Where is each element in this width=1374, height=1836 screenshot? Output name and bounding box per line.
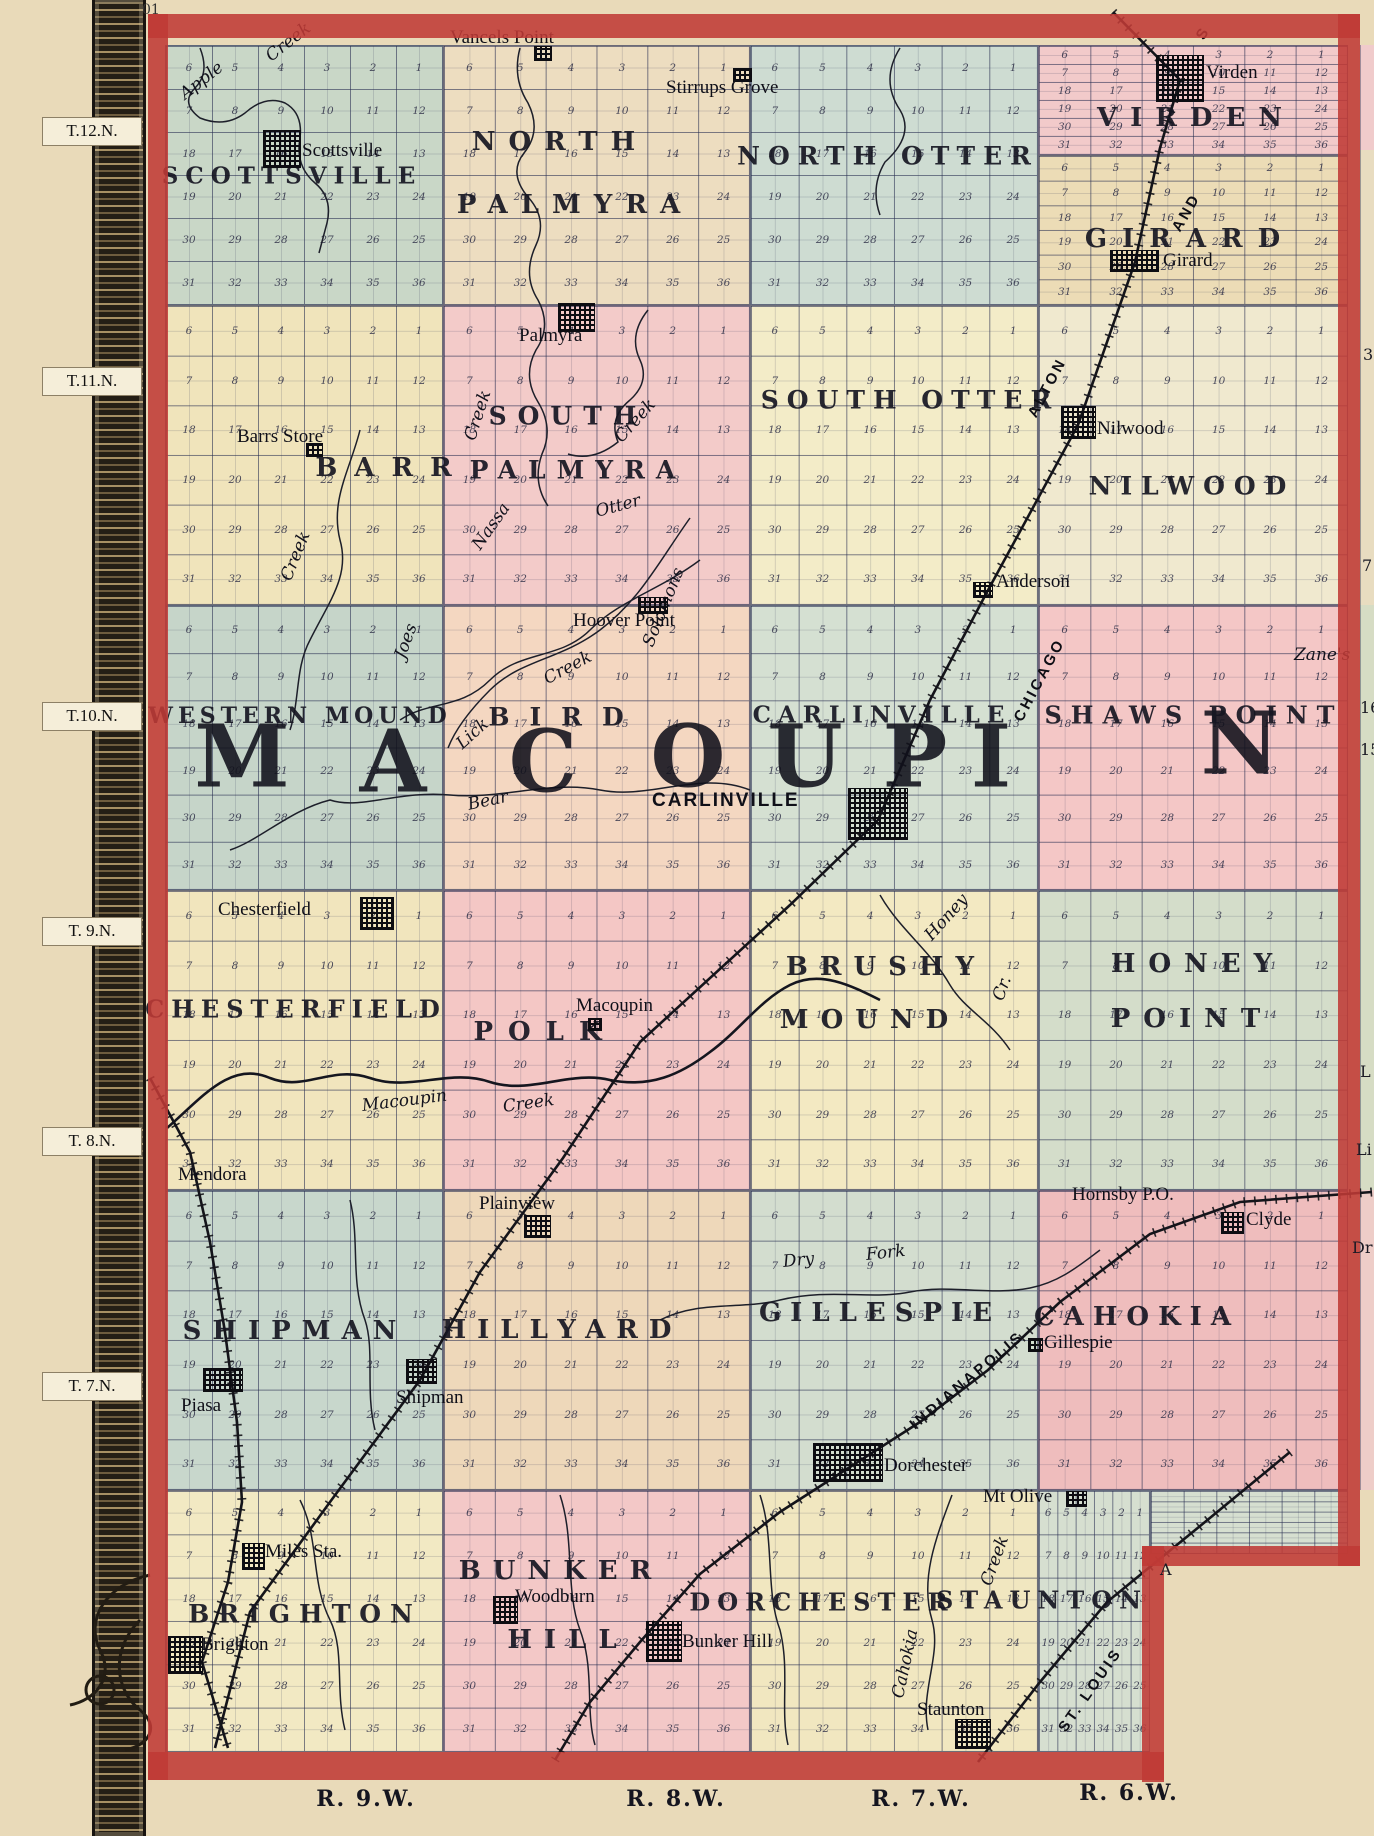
section-number: 6: [466, 62, 473, 74]
section-number: 17: [1109, 85, 1122, 97]
town-label-chesterfield: Chesterfield: [218, 899, 311, 921]
town-marker-piasa: [203, 1368, 243, 1392]
section-number: 34: [320, 1158, 333, 1170]
township-chesterfield: 6543217891011121817161514131920212223243…: [165, 890, 443, 1190]
county-boundary-right-upper: [1338, 14, 1360, 1566]
section-number: 32: [514, 573, 527, 585]
section-number: 25: [1006, 524, 1019, 536]
section-number: 28: [274, 1680, 287, 1692]
section-number: 9: [867, 1550, 874, 1562]
section-number: 5: [517, 62, 524, 74]
section-number: 8: [232, 671, 239, 683]
section-grid: [1151, 1491, 1347, 1553]
section-number: 35: [1263, 286, 1276, 298]
section-number: 6: [186, 624, 193, 636]
section-number: 25: [1006, 1409, 1019, 1421]
section-number: 30: [1041, 1680, 1054, 1692]
section-number: 6: [466, 325, 473, 337]
section-number: 27: [911, 812, 924, 824]
section-number: 23: [366, 191, 379, 203]
section-number: 2: [370, 62, 377, 74]
section-number: 31: [463, 1723, 476, 1735]
section-number: 24: [412, 1059, 425, 1071]
section-number: 2: [370, 1507, 377, 1519]
section-number: 33: [564, 277, 577, 289]
section-number: 12: [1315, 1260, 1328, 1272]
section-number: 14: [666, 424, 679, 436]
section-number: 25: [1315, 121, 1328, 133]
section-number: 25: [717, 234, 730, 246]
section-number: 32: [1109, 1158, 1122, 1170]
township-label-south-palmyra: PALMYRA: [470, 456, 687, 485]
section-number: 2: [1267, 910, 1274, 922]
section-number: 2: [669, 62, 676, 74]
section-number: 14: [959, 1009, 972, 1021]
section-number: 22: [911, 1359, 924, 1371]
section-number: 8: [819, 671, 826, 683]
section-number: 23: [959, 1059, 972, 1071]
section-number: 8: [819, 1260, 826, 1272]
section-number: 18: [463, 1593, 476, 1605]
section-number: 31: [1058, 1158, 1071, 1170]
section-number: 26: [959, 1109, 972, 1121]
section-number: 29: [1109, 1409, 1122, 1421]
section-number: 34: [1212, 1158, 1225, 1170]
section-number: 23: [666, 1059, 679, 1071]
town-label-piasa: Piasa: [181, 1395, 221, 1417]
section-number: 25: [1315, 524, 1328, 536]
section-number: 29: [228, 1680, 241, 1692]
section-number: 19: [463, 1359, 476, 1371]
section-number: 5: [1113, 1210, 1120, 1222]
section-number: 20: [514, 1059, 527, 1071]
section-number: 10: [1212, 187, 1225, 199]
township-row-label: T.10.N.: [42, 702, 142, 731]
section-number: 27: [911, 524, 924, 536]
section-number: 34: [615, 573, 628, 585]
section-number: 31: [463, 573, 476, 585]
section-number: 4: [278, 62, 285, 74]
section-number: 30: [182, 1680, 195, 1692]
section-number: 31: [463, 277, 476, 289]
section-number: 1: [1010, 624, 1017, 636]
section-number: 8: [232, 375, 239, 387]
section-number: 9: [568, 105, 575, 117]
section-number: 25: [717, 1109, 730, 1121]
section-number: 35: [366, 573, 379, 585]
section-number: 20: [1109, 1059, 1122, 1071]
section-number: 2: [669, 910, 676, 922]
section-number: 27: [911, 1680, 924, 1692]
town-marker-mt-olive: [1066, 1491, 1087, 1507]
section-number: 24: [1315, 1359, 1328, 1371]
section-number: 12: [717, 671, 730, 683]
section-number: 36: [412, 1158, 425, 1170]
section-number: 18: [1058, 85, 1071, 97]
section-number: 21: [1161, 1059, 1174, 1071]
section-number: 27: [1212, 524, 1225, 536]
section-number: 12: [717, 375, 730, 387]
town-label-mt-olive: Mt Olive: [983, 1486, 1052, 1508]
section-number: 7: [466, 960, 473, 972]
township-label-honey-point: POINT: [1111, 1004, 1273, 1034]
section-number: 18: [1058, 1009, 1071, 1021]
edge-fragment: Li: [1356, 1140, 1372, 1159]
section-number: 5: [517, 1507, 524, 1519]
town-label-plainview: Plainview: [479, 1193, 555, 1215]
section-number: 11: [666, 1260, 679, 1272]
section-number: 5: [232, 325, 239, 337]
section-number: 32: [1109, 139, 1122, 151]
section-number: 26: [366, 1680, 379, 1692]
section-number: 27: [911, 234, 924, 246]
section-number: 29: [514, 1680, 527, 1692]
section-number: 3: [914, 910, 921, 922]
section-number: 9: [568, 375, 575, 387]
section-number: 36: [1315, 139, 1328, 151]
section-number: 13: [412, 1309, 425, 1321]
section-number: 36: [1006, 859, 1019, 871]
section-number: 7: [1061, 671, 1068, 683]
section-number: 13: [1006, 1009, 1019, 1021]
township-label-brighton: BRIGHTON: [188, 1600, 422, 1629]
section-number: 12: [412, 1550, 425, 1562]
town-label-clyde: Clyde: [1246, 1209, 1291, 1231]
section-number: 28: [564, 1409, 577, 1421]
section-number: 28: [863, 1109, 876, 1121]
section-number: 19: [182, 1359, 195, 1371]
township-label-dorchester: DORCHESTER: [689, 1588, 954, 1617]
section-number: 27: [615, 1109, 628, 1121]
section-number: 18: [182, 148, 195, 160]
section-number: 7: [186, 105, 193, 117]
section-number: 22: [615, 1059, 628, 1071]
section-number: 31: [463, 859, 476, 871]
township-honey-point: 6543217891011121817161514131920212223243…: [1038, 890, 1348, 1190]
section-number: 20: [816, 474, 829, 486]
section-number: 24: [1006, 1637, 1019, 1649]
section-number: 32: [816, 1723, 829, 1735]
section-number: 32: [1109, 859, 1122, 871]
section-number: 4: [867, 62, 874, 74]
section-number: 32: [816, 859, 829, 871]
section-number: 24: [1006, 474, 1019, 486]
section-number: 19: [768, 474, 781, 486]
section-number: 10: [911, 671, 924, 683]
section-number: 19: [768, 1059, 781, 1071]
section-number: 18: [768, 424, 781, 436]
section-number: 32: [228, 859, 241, 871]
section-number: 29: [228, 1109, 241, 1121]
range-column-label: R. 8.W.: [626, 1786, 726, 1812]
section-number: 17: [1109, 212, 1122, 224]
township-label-virden: VIRDEN: [1097, 103, 1295, 133]
section-number: 11: [666, 960, 679, 972]
section-number: 4: [867, 1210, 874, 1222]
section-number: 7: [466, 375, 473, 387]
section-number: 6: [466, 624, 473, 636]
section-number: 2: [370, 325, 377, 337]
section-number: 28: [1161, 1409, 1174, 1421]
town-marker-carlinville: [848, 788, 908, 840]
section-number: 6: [771, 910, 778, 922]
town-label-staunton: Staunton: [917, 1699, 985, 1721]
section-number: 21: [274, 1637, 287, 1649]
section-number: 20: [1060, 1637, 1073, 1649]
section-number: 36: [717, 1158, 730, 1170]
section-number: 23: [366, 1059, 379, 1071]
town-label-brighton: Brighton: [201, 1634, 269, 1656]
section-number: 27: [320, 234, 333, 246]
section-number: 36: [717, 1458, 730, 1470]
section-number: 25: [1315, 1409, 1328, 1421]
section-number: 22: [911, 191, 924, 203]
section-number: 24: [717, 1359, 730, 1371]
section-number: 23: [1263, 1359, 1276, 1371]
section-number: 2: [1267, 325, 1274, 337]
section-number: 5: [819, 624, 826, 636]
edge-fragment: 15: [1360, 740, 1374, 759]
edge-fragment: 16: [1360, 698, 1374, 717]
section-number: 10: [615, 671, 628, 683]
section-number: 31: [1041, 1723, 1054, 1735]
section-number: 35: [366, 859, 379, 871]
section-number: 26: [666, 524, 679, 536]
section-number: 13: [1006, 424, 1019, 436]
section-number: 32: [514, 277, 527, 289]
section-grid: [1039, 1491, 1149, 1751]
section-number: 33: [564, 573, 577, 585]
section-number: 34: [1096, 1723, 1109, 1735]
section-number: 36: [1006, 1723, 1019, 1735]
section-number: 33: [274, 1458, 287, 1470]
section-number: 33: [564, 1158, 577, 1170]
section-number: 33: [274, 277, 287, 289]
section-number: 3: [1215, 325, 1222, 337]
section-number: 4: [1164, 910, 1171, 922]
section-number: 2: [370, 1210, 377, 1222]
section-number: 7: [186, 1260, 193, 1272]
section-number: 36: [1315, 573, 1328, 585]
section-number: 14: [366, 424, 379, 436]
section-number: 22: [1212, 1359, 1225, 1371]
section-number: 25: [412, 812, 425, 824]
section-number: 25: [717, 812, 730, 824]
section-number: 3: [324, 1210, 331, 1222]
township-row-label: T. 8.N.: [42, 1127, 142, 1156]
section-number: 32: [228, 277, 241, 289]
section-number: 19: [1058, 103, 1071, 115]
section-number: 13: [1315, 85, 1328, 97]
section-number: 9: [278, 1260, 285, 1272]
section-number: 31: [182, 859, 195, 871]
section-number: 32: [228, 1723, 241, 1735]
section-number: 29: [514, 234, 527, 246]
section-number: 11: [366, 375, 379, 387]
section-number: 3: [1215, 624, 1222, 636]
section-number: 10: [320, 1260, 333, 1272]
section-number: 15: [615, 1593, 628, 1605]
section-number: 12: [1315, 671, 1328, 683]
section-number: 5: [819, 325, 826, 337]
section-number: 16: [863, 424, 876, 436]
section-number: 14: [959, 424, 972, 436]
section-number: 30: [463, 1109, 476, 1121]
section-number: 33: [863, 859, 876, 871]
township-label-north-otter: NORTH OTTER: [737, 142, 1039, 171]
section-number: 2: [962, 624, 969, 636]
section-number: 36: [717, 859, 730, 871]
section-number: 24: [1006, 191, 1019, 203]
section-number: 6: [771, 1507, 778, 1519]
section-number: 6: [186, 910, 193, 922]
section-number: 20: [1109, 765, 1122, 777]
town-marker-shipman: [406, 1359, 437, 1384]
section-number: 1: [720, 910, 727, 922]
section-number: 26: [666, 812, 679, 824]
section-number: 4: [1164, 1210, 1171, 1222]
section-number: 10: [615, 375, 628, 387]
section-number: 7: [771, 105, 778, 117]
section-number: 30: [182, 1109, 195, 1121]
section-number: 25: [717, 1409, 730, 1421]
section-number: 5: [1113, 325, 1120, 337]
section-number: 27: [911, 1109, 924, 1121]
section-number: 13: [717, 1309, 730, 1321]
section-number: 9: [1164, 671, 1171, 683]
section-number: 5: [232, 62, 239, 74]
section-number: 21: [274, 474, 287, 486]
section-number: 3: [324, 62, 331, 74]
section-number: 34: [615, 1158, 628, 1170]
section-number: 12: [1006, 105, 1019, 117]
section-number: 13: [412, 148, 425, 160]
section-number: 36: [412, 573, 425, 585]
section-number: 28: [274, 1409, 287, 1421]
section-number: 33: [863, 1158, 876, 1170]
section-number: 9: [1164, 187, 1171, 199]
section-number: 2: [1267, 624, 1274, 636]
section-number: 4: [1164, 162, 1171, 174]
section-number: 15: [1212, 85, 1225, 97]
section-number: 30: [463, 234, 476, 246]
section-number: 10: [1212, 671, 1225, 683]
section-number: 14: [1263, 212, 1276, 224]
section-number: 28: [564, 1109, 577, 1121]
section-number: 31: [182, 1458, 195, 1470]
edge-fragment: 3: [1363, 345, 1373, 364]
section-number: 20: [228, 191, 241, 203]
section-number: 36: [717, 1723, 730, 1735]
range-column-label: R. 6.W.: [1079, 1780, 1179, 1806]
section-number: 34: [320, 573, 333, 585]
section-number: 27: [320, 1409, 333, 1421]
section-number: 24: [1315, 765, 1328, 777]
section-number: 14: [666, 1009, 679, 1021]
section-number: 11: [1263, 187, 1276, 199]
section-number: 3: [619, 910, 626, 922]
section-number: 12: [412, 105, 425, 117]
section-number: 15: [911, 424, 924, 436]
section-number: 31: [768, 277, 781, 289]
section-number: 26: [666, 234, 679, 246]
section-number: 1: [1010, 910, 1017, 922]
section-number: 3: [619, 1210, 626, 1222]
section-number: 9: [278, 960, 285, 972]
section-number: 10: [1212, 375, 1225, 387]
section-number: 12: [717, 105, 730, 117]
section-number: 8: [232, 1550, 239, 1562]
section-number: 34: [1212, 139, 1225, 151]
section-number: 25: [412, 1409, 425, 1421]
section-number: 12: [412, 671, 425, 683]
section-number: 3: [619, 1507, 626, 1519]
section-number: 10: [1096, 1550, 1109, 1562]
section-number: 30: [768, 812, 781, 824]
section-number: 27: [320, 1680, 333, 1692]
section-number: 22: [320, 1637, 333, 1649]
section-number: 33: [274, 859, 287, 871]
section-number: 19: [1058, 474, 1071, 486]
section-number: 19: [182, 191, 195, 203]
section-number: 7: [771, 1260, 778, 1272]
section-number: 7: [771, 960, 778, 972]
section-number: 35: [366, 1158, 379, 1170]
section-number: 33: [1161, 139, 1174, 151]
section-number: 2: [962, 325, 969, 337]
section-number: 30: [1058, 812, 1071, 824]
section-number: 11: [959, 1260, 972, 1272]
section-number: 12: [1006, 1260, 1019, 1272]
section-number: 7: [466, 671, 473, 683]
section-number: 20: [514, 1359, 527, 1371]
township-staunton-ne: [1150, 1490, 1348, 1554]
section-number: 26: [1263, 261, 1276, 273]
section-number: 3: [324, 910, 331, 922]
town-marker-chesterfield: [360, 897, 394, 930]
section-number: 35: [1263, 859, 1276, 871]
section-number: 30: [768, 524, 781, 536]
section-number: 36: [1315, 286, 1328, 298]
section-number: 35: [959, 573, 972, 585]
section-number: 34: [1212, 286, 1225, 298]
section-number: 29: [816, 524, 829, 536]
section-number: 32: [1109, 573, 1122, 585]
section-number: 2: [1267, 162, 1274, 174]
township-bunker-hill: 6543217891011121817161514131920212223243…: [443, 1490, 750, 1752]
section-number: 11: [366, 105, 379, 117]
section-number: 31: [768, 859, 781, 871]
section-number: 29: [1060, 1680, 1073, 1692]
section-number: 7: [1061, 187, 1068, 199]
section-number: 17: [228, 148, 241, 160]
edge-strip-mid: [1360, 150, 1374, 605]
section-number: 31: [768, 573, 781, 585]
section-number: 19: [463, 1059, 476, 1071]
section-number: 29: [816, 1680, 829, 1692]
section-number: 32: [514, 1723, 527, 1735]
section-number: 27: [320, 812, 333, 824]
section-number: 28: [274, 1109, 287, 1121]
section-number: 26: [1263, 812, 1276, 824]
section-number: 6: [1061, 49, 1068, 61]
town-marker-anderson: [973, 582, 993, 598]
section-number: 27: [1212, 1409, 1225, 1421]
section-number: 8: [819, 1550, 826, 1562]
section-number: 4: [1164, 624, 1171, 636]
township-label-barr: BARR: [315, 453, 468, 483]
section-grid: [751, 1491, 1037, 1751]
